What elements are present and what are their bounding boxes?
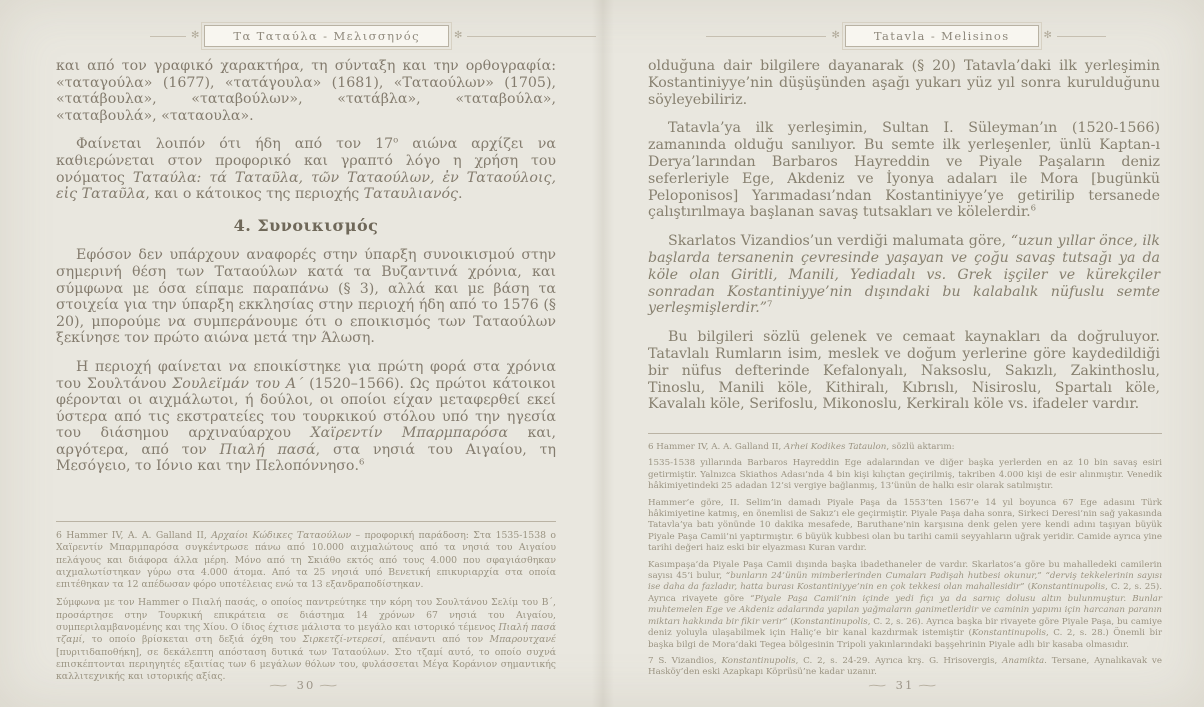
italic-text: Arhei Kodikes Tataulon (784, 442, 886, 452)
text-run: 6 Hammer IV, A. A. Galland II, (648, 442, 784, 452)
italic-text: Anamikta (1002, 656, 1044, 666)
header-rule (706, 36, 826, 37)
paragraph: και από τον γραφικό χαρακτήρα, τη σύνταξ… (56, 58, 556, 124)
text-run: Skarlatos Vizandios’un verdiği malumata … (668, 233, 1011, 249)
footnote-reference: 6 (359, 458, 364, 468)
text-run: 6 Hammer IV, A. A. Galland II, (56, 530, 211, 541)
italic-text: Ταταυλιανός (364, 186, 458, 202)
swash-icon: ∼ (317, 679, 344, 692)
header-rule (467, 36, 596, 37)
text-run: Εφόσον δεν υπάρχουν αναφορές στην ύπαρξη… (56, 247, 556, 346)
left-page-number: ∼30∼ (56, 678, 556, 692)
left-body-column: και από τον γραφικό χαρακτήρα, τη σύνταξ… (56, 58, 556, 487)
text-run: , το οποίο βρίσκεται στη δεξιά όχθη του (82, 634, 302, 645)
swash-icon: ∼ (867, 679, 894, 692)
right-body-column: olduğuna dair bilgilere dayanarak (§ 20)… (648, 58, 1160, 425)
header-rule (1057, 36, 1106, 37)
right-running-header: ✻ Tatavla - Melisinos ✻ (706, 24, 1106, 48)
italic-text: Konstantinupolis (794, 617, 868, 627)
paragraph: Φαίνεται λοιπόν ότι ήδη από τον 17ο αιών… (56, 136, 556, 202)
italic-text: Σιρκετζί-ντερεσί (303, 634, 383, 645)
italic-text: Πιαλή πασά (220, 442, 316, 458)
book-spread-scan: ✻ Τα Ταταύλα - Μελισσηνός ✻ και από τον … (0, 0, 1204, 707)
italic-text: Μπαρουτχανέ (490, 634, 556, 645)
footnote-reference: 6 (1031, 204, 1036, 214)
text-run: , και ο κάτοικος της περιοχής (145, 186, 363, 202)
text-run: , sözlü aktarım: (886, 442, 954, 452)
footnote: 6 Hammer IV, A. A. Galland II, Αρχαίοι Κ… (56, 530, 556, 591)
text-run: . (458, 186, 463, 202)
footnote: 6 Hammer IV, A. A. Galland II, Arhei Kod… (648, 442, 1162, 453)
right-page-number: ∼31∼ (648, 678, 1162, 692)
text-run: , απέναντι από τον (383, 634, 490, 645)
footnote: Hammer’e göre, II. Selim’in damadı Piyal… (648, 498, 1162, 555)
text-run: Bu bilgileri sözlü gelenek ve cemaat kay… (648, 329, 1160, 412)
rosette-icon: ✻ (831, 31, 839, 41)
page-number-value: 30 (297, 678, 316, 692)
footnote: 1535-1538 yıllarında Barbaros Hayreddin … (648, 458, 1162, 492)
paragraph: olduğuna dair bilgilere dayanarak (§ 20)… (648, 58, 1160, 108)
left-running-header: ✻ Τα Ταταύλα - Μελισσηνός ✻ (150, 24, 596, 48)
text-run: Σύμφωνα με τον Hammer ο Πιαλή πασάς, ο ο… (56, 597, 556, 633)
text-run: και από τον γραφικό χαρακτήρα, τη σύνταξ… (56, 58, 556, 124)
paragraph: Tatavla’ya ilk yerleşimin, Sultan I. Sül… (648, 120, 1160, 221)
right-footnotes: 6 Hammer IV, A. A. Galland II, Arhei Kod… (648, 433, 1162, 684)
italic-text: Σουλεϊμάν του Α΄ (172, 376, 303, 392)
italic-text: Konstantinupolis (722, 656, 796, 666)
italic-text: Αρχαίοι Κώδικες Ταταούλων (211, 530, 351, 541)
text-run: Φαίνεται λοιπόν ότι ήδη από τον 17 (76, 136, 393, 152)
left-header-title: Τα Ταταύλα - Μελισσηνός (204, 25, 449, 47)
header-rule (150, 36, 186, 37)
text-run: Tatavla’ya ilk yerleşimin, Sultan I. Sül… (648, 120, 1160, 220)
section-heading: 4. Συνοικισμός (56, 218, 556, 235)
left-page: ✻ Τα Ταταύλα - Μελισσηνός ✻ και από τον … (0, 0, 602, 707)
swash-icon: ∼ (268, 679, 295, 692)
italic-text: “bunların 24’ünün mimberlerinden Cumalar… (726, 571, 1042, 581)
italic-text: Χαϊρεντίν Μπαρμπαρόσα (310, 425, 507, 441)
footnote-reference: 7 (767, 300, 772, 310)
rosette-icon: ✻ (454, 31, 462, 41)
paragraph: Εφόσον δεν υπάρχουν αναφορές στην ύπαρξη… (56, 247, 556, 347)
italic-text: Konstantinupolis (1031, 582, 1105, 592)
page-number-value: 31 (896, 678, 915, 692)
paragraph: Bu bilgileri sözlü gelenek ve cemaat kay… (648, 329, 1160, 413)
text-run: 1535-1538 yıllarında Barbaros Hayreddin … (648, 458, 1162, 491)
right-page: ✻ Tatavla - Melisinos ✻ olduğuna dair bi… (602, 0, 1204, 707)
italic-text: Konstantinupolis (972, 628, 1046, 638)
rosette-icon: ✻ (191, 31, 199, 41)
right-header-title: Tatavla - Melisinos (845, 25, 1039, 47)
text-run: Hammer’e göre, II. Selim’in damadı Piyal… (648, 498, 1162, 554)
swash-icon: ∼ (916, 679, 943, 692)
paragraph: Skarlatos Vizandios’un verdiği malumata … (648, 233, 1160, 317)
paragraph: Η περιοχή φαίνεται να εποικίστηκε για πρ… (56, 359, 556, 475)
rosette-icon: ✻ (1044, 31, 1052, 41)
text-run: olduğuna dair bilgilere dayanarak (§ 20)… (648, 58, 1160, 108)
footnote: 7 S. Vizandios, Konstantinupolis, C. 2, … (648, 656, 1162, 679)
text-run: , C. 2, s. 24-29. Ayrıca krş. G. Hrisove… (796, 656, 1003, 666)
text-run: 7 S. Vizandios, (648, 656, 722, 666)
footnote: Σύμφωνα με τον Hammer ο Πιαλή πασάς, ο ο… (56, 597, 556, 683)
footnote: Kasımpaşa’da Piyale Paşa Camii dışında b… (648, 560, 1162, 651)
text-run: [πυριτιδαποθήκη], σε δεκάλεπτη απόσταση … (56, 647, 556, 683)
left-footnotes: 6 Hammer IV, A. A. Galland II, Αρχαίοι Κ… (56, 521, 556, 690)
